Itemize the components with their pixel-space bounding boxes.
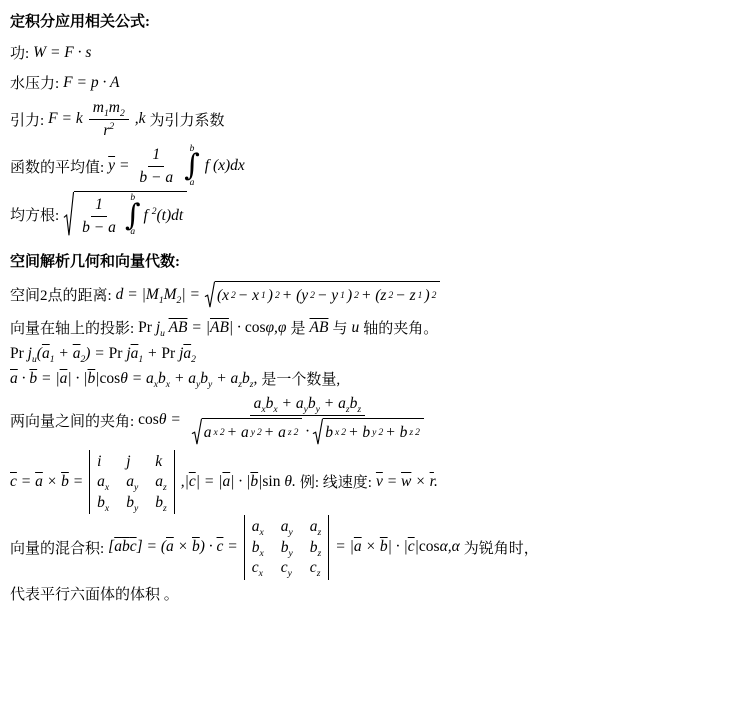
gravity-numerator: m1m2 [89,99,129,120]
angle-denominator-dot: · [305,423,309,441]
dot-product-note: 是一个数量, [261,368,340,389]
mean-denominator: b − a [135,167,177,187]
rms-denominator: b − a [78,217,120,237]
rms-radicand: 1 b − a b ∫ a f 2(t)dt [74,191,187,238]
integral-sign-icon: ∫ [184,154,200,179]
rms-integrand: f 2(t)dt [144,207,184,225]
mixed-product-lhs: [abc] = (a × b) · c = [108,538,238,556]
rms-radical: 1 b − a b ∫ a f 2(t)dt [63,191,187,238]
projection-text-2: 与 [332,317,347,338]
det-cell: i [97,454,101,470]
angle-numerator: axbx + ayby + azbz [250,395,365,416]
cross-product-example: v = w × r. [376,473,438,491]
angle-radical-b: bx2 + by2 + bz2 [312,418,424,446]
pressure-equation: F = p · A [63,74,119,92]
distance-radicand: (x2 − x1)2 + (y2 − y1)2 + (z2 − z1)2 [215,281,440,309]
work-equation: W = F · s [33,44,91,62]
radical-sign-icon [312,418,323,446]
distance-label: 空间2点的距离: [10,284,112,305]
closing-text: 代表平行六面体的体积 。 [10,583,179,604]
rms-label: 均方根: [10,204,59,225]
det-cell: ay [281,519,293,535]
det-cell: cx [252,560,263,576]
rms-fraction: 1 b − a [78,196,120,237]
distance-radical: (x2 − x1)2 + (y2 − y1)2 + (z2 − z1)2 [204,281,440,309]
section1-title: 定积分应用相关公式: [10,10,731,31]
mixed-product-rhs: = |a × b| · |c|cosα,α [335,538,459,556]
work-label: 功: [10,42,29,63]
formula-mean-value: 函数的平均值: y = 1 b − a b ∫ a f (x)dx [10,145,731,189]
radical-sign-icon [63,191,74,238]
radical-sign-icon [204,281,215,309]
gravity-denominator: r2 [99,120,118,140]
cross-product-magnitude: ,|c| = |a| · |b|sin θ. [181,473,296,491]
formula-cross-product: c = a × b = i j k ax ay az bx by bz ,|c|… [10,450,731,515]
det-cell: j [126,454,130,470]
cross-product-lhs: c = a × b = [10,473,83,491]
det-cell: cy [281,560,292,576]
section2-title: 空间解析几何和向量代数: [10,250,731,271]
formula-dot-product: a · b = |a| · |b|cosθ = axbx + ayby + az… [10,368,731,389]
det-cell: by [281,540,293,556]
formula-work: 功: W = F · s [10,42,731,63]
radical-sign-icon [191,418,202,446]
gravity-note-var: ,k [135,110,146,128]
formula-mixed-product: 向量的混合积: [abc] = (a × b) · c = ax ay az b… [10,515,731,580]
det-cell: ay [126,474,138,490]
det-cell: k [155,454,162,470]
angle-radicand-a: ax2 + ay2 + az2 [202,418,303,446]
projection-label: 向量在轴上的投影: [10,317,134,338]
det-cell: az [310,519,321,535]
gravity-lhs: F = k [48,110,83,128]
det-cell: ax [252,519,264,535]
formula-rms: 均方根: 1 b − a b ∫ a f 2(t)dt [10,191,731,238]
rms-numerator: 1 [91,196,107,217]
angle-lhs: cosθ = [138,411,181,429]
mixed-product-note: 为锐角时， [464,537,539,558]
projection-vector-ab: AB [310,319,329,337]
gravity-label: 引力: [10,109,44,130]
mean-label: 函数的平均值: [10,156,104,177]
angle-radical-a: ax2 + ay2 + az2 [191,418,303,446]
closing-sentence: 代表平行六面体的体积 。 [10,583,731,604]
det-cell: bx [252,540,264,556]
integral-lower-limit: a [190,179,195,189]
cross-product-determinant: i j k ax ay az bx by bz [89,450,175,515]
projection-equation: Pr ju AB = |AB| · cosφ,φ [138,319,286,337]
mean-lhs: y = [108,157,129,175]
projection-text-3: 轴的夹角。 [363,317,438,338]
angle-label: 两向量之间的夹角: [10,410,134,431]
integral-lower-limit: a [130,228,135,238]
det-cell: cz [310,560,321,576]
formula-distance: 空间2点的距离: d = |M1M2| = (x2 − x1)2 + (y2 −… [10,281,731,309]
angle-radicand-b: bx2 + by2 + bz2 [323,418,424,446]
pressure-label: 水压力: [10,72,59,93]
integral-sign-icon: ∫ [125,204,141,229]
gravity-note: 为引力系数 [150,109,225,130]
angle-denominator: ax2 + ay2 + az2 · bx2 + by2 + bz2 [187,416,428,446]
mean-integrand: f (x)dx [205,157,245,175]
det-cell: by [126,495,138,511]
formula-document: 定积分应用相关公式: 功: W = F · s 水压力: F = p · A 引… [0,0,741,604]
mean-integral: b ∫ a [184,145,200,189]
det-cell: az [155,474,166,490]
projection-sum-equation: Pr ju(a1 + a2) = Pr ja1 + Pr ja2 [10,345,196,363]
mixed-product-determinant: ax ay az bx by bz cx cy cz [244,515,330,580]
projection-text-1: 是 [291,317,306,338]
formula-projection: 向量在轴上的投影: Pr ju AB = |AB| · cosφ,φ 是 AB … [10,317,731,338]
mean-numerator: 1 [148,146,164,167]
dot-product-equation: a · b = |a| · |b|cosθ = axbx + ayby + az… [10,370,257,388]
formula-angle-between-vectors: 两向量之间的夹角: cosθ = axbx + ayby + azbz ax2 … [10,395,731,445]
cross-product-example-label: 例: 线速度: [300,471,372,492]
projection-axis-var: u [351,319,359,337]
det-cell: ax [97,474,109,490]
gravity-fraction: m1m2 r2 [89,99,129,140]
angle-fraction: axbx + ayby + azbz ax2 + ay2 + az2 · bx2… [187,395,428,445]
distance-lhs: d = |M1M2| = [116,286,200,304]
formula-gravitation: 引力: F = k m1m2 r2 ,k 为引力系数 [10,99,731,140]
mean-fraction: 1 b − a [135,146,177,187]
det-cell: bz [310,540,321,556]
det-cell: bx [97,495,109,511]
mixed-product-label: 向量的混合积: [10,537,104,558]
rms-integral: b ∫ a [125,194,141,238]
formula-water-pressure: 水压力: F = p · A [10,72,731,93]
det-cell: bz [155,495,166,511]
formula-projection-sum: Pr ju(a1 + a2) = Pr ja1 + Pr ja2 [10,345,731,363]
